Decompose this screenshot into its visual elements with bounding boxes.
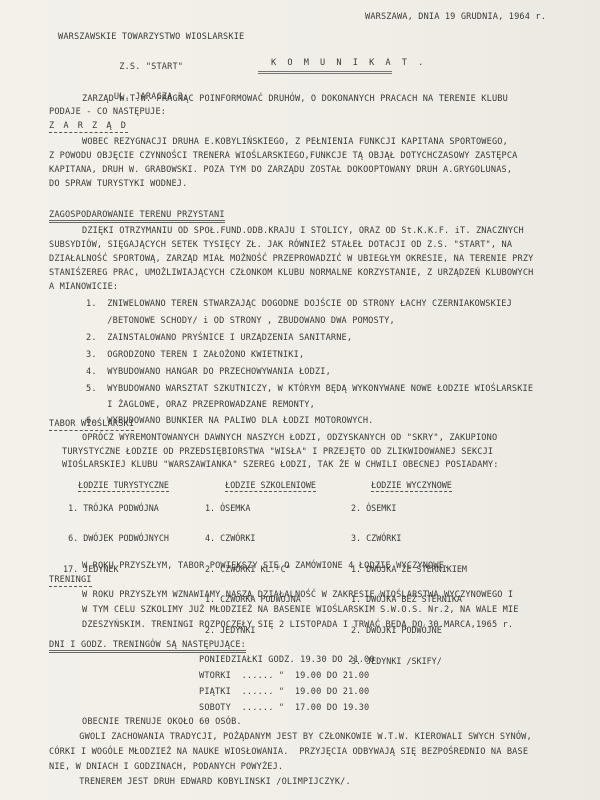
intro-line: PODAJE - CO NASTĘPUJE: xyxy=(49,107,166,117)
schedule-row: PONIEDZIAŁKI GODZ. 19.30 DO 21.00 xyxy=(199,655,375,665)
body-line: OBECNIE TRENUJE OKOŁO 60 OSÓB. xyxy=(82,717,242,727)
body-line: TURYSTYCZNE ŁODZIE OD PRZEDSIĘBIORSTWA "… xyxy=(62,447,493,457)
schedule-row: SOBOTY ...... " 17.00 DO 19.30 xyxy=(199,703,369,713)
column-heading: ŁODZIE TURYSTYCZNE xyxy=(78,480,169,492)
section-heading-przystan: ZAGOSPODAROWANIE TERENU PRZYSTANI xyxy=(49,210,225,223)
schedule-row: PIĄTKI ...... " 19.00 DO 21.00 xyxy=(199,687,369,697)
list-item: I ŻAGLOWE, ORAZ PRZEPROWADZANE REMONTY, xyxy=(86,400,315,410)
boat-item: 1. TRÓJKA PODWÓJNA xyxy=(58,503,169,513)
section-heading-schedule: DNI I GODZ. TRENINGÓW SĄ NASTĘPUJĄCE: xyxy=(49,640,246,653)
column-heading: ŁODZIE WYCZYNOWE xyxy=(371,480,452,492)
section-heading-treningi: TRENINGI xyxy=(49,575,92,587)
list-item: 4. WYBUDOWANO HANGAR DO PRZECHOWYWANIA Ł… xyxy=(86,367,331,377)
body-line: GWOLI ZACHOWANIA TRADYCJI, POŻĄDANYM JES… xyxy=(58,732,532,742)
list-item: 2. ZAINSTALOWANO PRYŚNICE I URZĄDZENIA S… xyxy=(86,333,352,343)
body-line: NIE, W DNIACH I GODZINACH, PODANYCH POWY… xyxy=(49,762,283,772)
body-line: STANIŚZEREG PRAC, UMOŻLIWIAJĄCYCH CZŁONK… xyxy=(49,268,533,278)
place-date: WARSZAWA, DNIA 19 GRUDNIA, 1964 r. xyxy=(365,12,546,22)
body-line: WIOŚLARSKIEJ KLUBU "WARSZAWIANKA" SZEREG… xyxy=(62,460,499,470)
body-line: KAPITANA, DRUH W. GRABOWSKI. POZA TYM DO… xyxy=(49,165,512,175)
document-title: K O M U N I K A T . xyxy=(271,58,426,68)
body-line: SUBSYDIÓW, SIĘGAJĄCYCH SETEK TYSIĘCY ZŁ.… xyxy=(49,240,512,250)
body-line: W ROKU PRZYSZŁYM, TABOR POWIĘKSZY SIĘ O … xyxy=(82,561,449,571)
list-item: 1. ZNIWELOWANO TEREN STWARZAJĄC DOGODNE … xyxy=(86,299,512,309)
column-heading: ŁODZIE SZKOLENIOWE xyxy=(225,480,316,492)
document-page: WARSZAWSKIE TOWARZYSTWO WIOSLARSKIE Z.S.… xyxy=(0,0,600,800)
boat-item: 3. CZWÓRKI xyxy=(351,533,467,543)
section-heading-zarzad: Z A R Z Ą D xyxy=(49,121,128,133)
body-line: DZESZYŃSKIM. TRENINGI ROZPOCZĘŁY SIĘ 2 L… xyxy=(82,620,513,630)
body-line: DO SPRAW TURYSTYKI WODNEJ. xyxy=(49,179,187,189)
boat-item: 4. CZWÓRKI xyxy=(205,533,316,543)
body-line: W ROKU PRZYSZŁYM WZNAWIAMY NASZĄ DZIAŁAL… xyxy=(82,590,513,600)
body-line: CÓRKI I WOGÓLE MŁODZIEŻ NA NAUKE WIOSŁOW… xyxy=(49,747,528,757)
body-line: DZIAŁALNOŚĆ SPORTOWĄ, ZARZĄD MIAŁ MOŻNOŚ… xyxy=(49,254,533,264)
boat-item: 1. ÓSEMKA xyxy=(205,503,316,513)
boat-item: 6. DWÓJEK PODWÓJNYCH xyxy=(58,533,169,543)
body-line: A MIANOWICIE: xyxy=(49,282,118,292)
boat-item: 2. ÓSEMKI xyxy=(351,503,467,513)
boats-column-racing: ŁODZIE WYCZYNOWE 2. ÓSEMKI 3. CZWÓRKI 1.… xyxy=(351,470,467,686)
schedule-row: WTORKI ...... " 19.00 DO 21.00 xyxy=(199,671,369,681)
body-line: OPRÓCZ WYREMONTOWANYCH DAWNYCH NASZYCH Ł… xyxy=(82,433,497,443)
org-name: WARSZAWSKIE TOWARZYSTWO WIOSLARSKIE xyxy=(58,32,244,42)
body-line: Z POWODU OBJĘCIE CZYNNOŚCI TRENERA WIOŚL… xyxy=(49,151,518,161)
body-line: TRENEREM JEST DRUH EDWARD KOBYLINSKI /OL… xyxy=(58,777,351,787)
list-item: /BETONOWE SCHODY/ i OD STRONY , ZBUDOWAN… xyxy=(86,316,395,326)
org-section: Z.S. "START" xyxy=(58,62,244,72)
intro-line: ZARZĄD W.T.W. PRAGNĄC POINFORMOWAĆ DRUHÓ… xyxy=(82,94,508,104)
org-header: WARSZAWSKIE TOWARZYSTWO WIOSLARSKIE Z.S.… xyxy=(58,12,244,122)
body-line: DZIĘKI OTRZYMANIU OD SPOŁ.FUND.ODB.KRAJU… xyxy=(82,226,524,236)
section-heading-tabor: TABOR WIOŚLARSKI xyxy=(49,419,134,431)
body-line: W TYM CELU SZKOLIMY JUŻ MŁODZIEŻ NA BASE… xyxy=(82,605,519,615)
body-line: WOBEC REZYGNACJI DRUHA E.KOBYLIŃSKIEGO, … xyxy=(82,137,508,147)
list-item: 5. WYBUDOWANO WARSZTAT SZKUTNICZY, W KTÓ… xyxy=(86,384,533,394)
list-item: 3. OGRODZONO TEREN I ZAŁOŻONO KWIETNIKI, xyxy=(86,350,304,360)
title-underline xyxy=(258,71,392,74)
